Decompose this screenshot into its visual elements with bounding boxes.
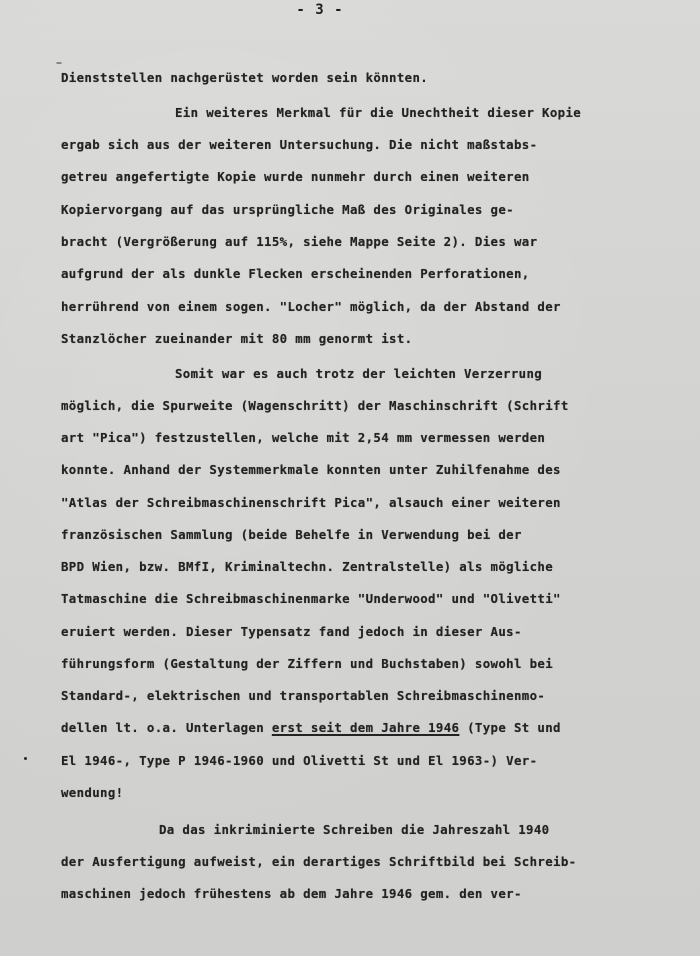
- text-line: Ein weiteres Merkmal für die Unechtheit …: [175, 105, 581, 121]
- text-segment: (Type St und: [459, 720, 561, 735]
- ink-speck: [56, 62, 62, 64]
- text-line: wendung!: [61, 785, 123, 801]
- text-line: Somit war es auch trotz der leichten Ver…: [175, 366, 542, 382]
- text-line: Tatmaschine die Schreibmaschinenmarke "U…: [61, 591, 561, 607]
- text-line: Kopiervorgang auf das ursprüngliche Maß …: [61, 202, 514, 218]
- text-line: möglich, die Spurweite (Wagenschritt) de…: [61, 398, 569, 414]
- text-line: französischen Sammlung (beide Behelfe in…: [61, 527, 522, 543]
- text-line: BPD Wien, bzw. BMfI, Kriminaltechn. Zent…: [61, 559, 553, 575]
- text-segment: dellen lt. o.a. Unterlagen: [61, 720, 272, 735]
- text-line: maschinen jedoch frühestens ab dem Jahre…: [61, 886, 522, 902]
- text-line: bracht (Vergrößerung auf 115%, siehe Map…: [61, 234, 537, 250]
- text-line: "Atlas der Schreibmaschinenschrift Pica"…: [61, 495, 561, 511]
- text-line: der Ausfertigung aufweist, ein derartige…: [61, 854, 576, 870]
- text-line: ergab sich aus der weiteren Untersuchung…: [61, 137, 537, 153]
- ink-speck: [24, 757, 27, 760]
- text-line: El 1946-, Type P 1946-1960 und Olivetti …: [61, 753, 537, 769]
- text-line: herrührend von einem sogen. "Locher" mög…: [61, 299, 561, 315]
- text-line: Dienststellen nachgerüstet worden sein k…: [61, 70, 428, 86]
- page-number: - 3 -: [0, 2, 640, 18]
- text-line: eruiert werden. Dieser Typensatz fand je…: [61, 624, 522, 640]
- text-line: konnte. Anhand der Systemmerkmale konnte…: [61, 462, 561, 478]
- text-line: getreu angefertigte Kopie wurde nunmehr …: [61, 169, 530, 185]
- underlined-phrase: erst seit dem Jahre 1946: [272, 720, 459, 735]
- text-line: Stanzlöcher zueinander mit 80 mm genormt…: [61, 331, 412, 347]
- text-line: Standard-, elektrischen und transportabl…: [61, 688, 545, 704]
- text-line: art "Pica") festzustellen, welche mit 2,…: [61, 430, 545, 446]
- text-line-with-underline: dellen lt. o.a. Unterlagen erst seit dem…: [61, 720, 561, 736]
- text-line: aufgrund der als dunkle Flecken erschein…: [61, 266, 530, 282]
- typewritten-page: - 3 - Dienststellen nachgerüstet worden …: [0, 0, 700, 956]
- text-line: führungsform (Gestaltung der Ziffern und…: [61, 656, 553, 672]
- text-line: Da das inkriminierte Schreiben die Jahre…: [159, 822, 550, 838]
